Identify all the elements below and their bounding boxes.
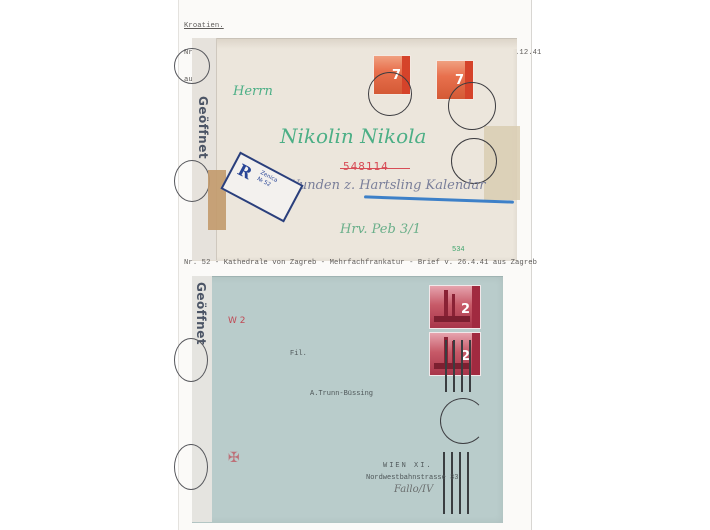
red-censor-seal: ✠ xyxy=(228,450,240,466)
censor-seal-icon xyxy=(174,444,208,490)
postmark-icon xyxy=(440,398,486,444)
address-note: Hrv. Peb 3/1 xyxy=(340,222,421,237)
stamp: 2 xyxy=(429,285,481,329)
cancel-line xyxy=(459,452,461,514)
censor-label: Geöffnet xyxy=(196,96,210,159)
strike-line xyxy=(340,168,410,169)
salutation: Fil. xyxy=(290,350,307,358)
handwritten-note: Fallo/IV xyxy=(394,484,433,495)
postmark-icon xyxy=(448,82,496,130)
recipient-name: Nikolin Nikola xyxy=(280,124,426,148)
censor-seal-icon xyxy=(174,48,210,84)
censor-label: Geöffnet xyxy=(194,282,208,345)
item2-caption: Nr. 52 - Kathedrale von Zagreb - Mehrfac… xyxy=(184,259,537,268)
cancel-line xyxy=(453,340,455,392)
censor-seal-icon xyxy=(174,338,208,382)
censor-strip: Geöffnet xyxy=(192,276,212,522)
corner-mark: 534 xyxy=(452,246,465,254)
recipient-city: WIEN XI. xyxy=(383,462,433,470)
recipient-name: A.Trunn-Büssing xyxy=(310,390,373,398)
postmark-icon xyxy=(368,72,412,116)
salutation: Herrn xyxy=(233,84,273,99)
cancel-line xyxy=(467,452,469,514)
tape-strip xyxy=(208,170,226,230)
registration-letter: R xyxy=(235,160,256,183)
cancel-line xyxy=(443,452,445,514)
cancel-line xyxy=(445,340,447,392)
stamp: 2 xyxy=(429,332,481,376)
address-line: Wunden z. Hartsling Kalendar xyxy=(286,178,486,193)
reference-number: 548114 xyxy=(343,160,389,173)
red-censor-mark: W 2 xyxy=(228,316,246,326)
cancel-line xyxy=(461,340,463,392)
recipient-street: Nordwestbahnstrasse 33 xyxy=(366,474,458,482)
cancel-line xyxy=(451,452,453,514)
cancel-line xyxy=(469,340,471,392)
country-heading: Kroatien. xyxy=(184,22,541,31)
censor-seal-icon xyxy=(174,160,210,202)
